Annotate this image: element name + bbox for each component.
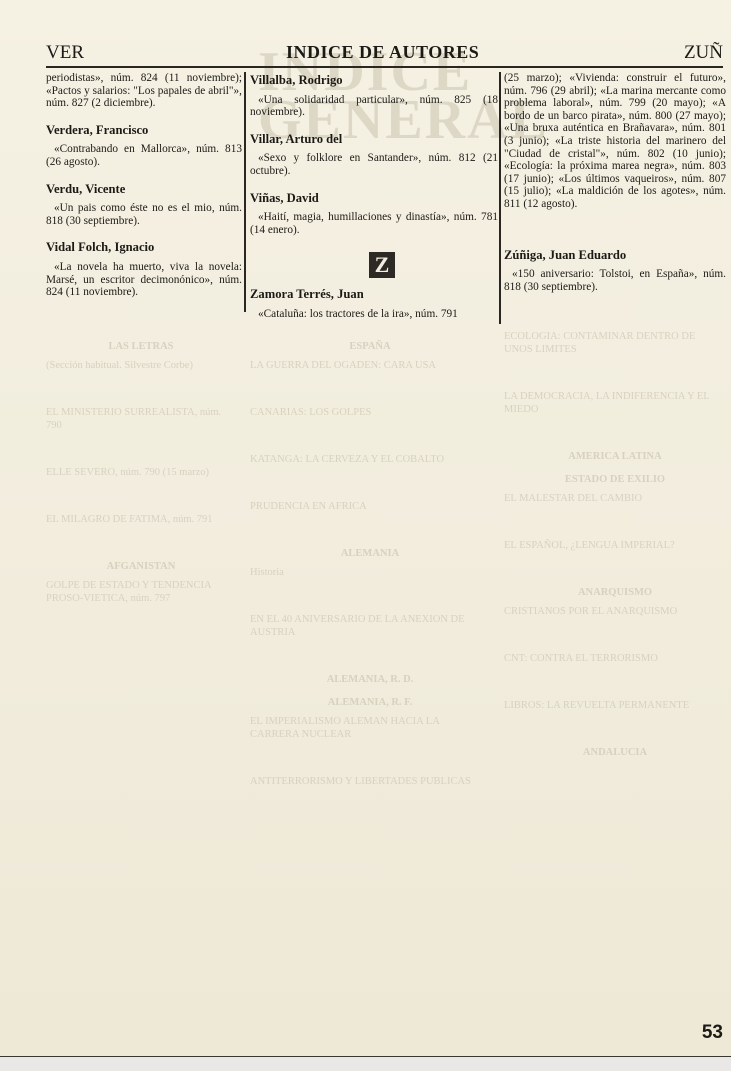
entry-text: «Contrabando en Mallorca», núm. 813 (26 … <box>46 143 242 168</box>
continuation-text: periodistas», núm. 824 (11 noviembre); «… <box>46 72 242 110</box>
column-divider <box>499 72 501 324</box>
author-name: Viñas, David <box>250 192 498 205</box>
author-name: Vidal Folch, Ignacio <box>46 241 242 254</box>
index-entry: Villalba, Rodrigo «Una solidaridad parti… <box>250 74 498 119</box>
footer-rule <box>0 1056 731 1057</box>
author-name: Villalba, Rodrigo <box>250 74 498 87</box>
index-entry: Villar, Arturo del «Sexo y folklore en S… <box>250 133 498 178</box>
entry-text: «Cataluña: los tractores de la ira», núm… <box>250 308 498 321</box>
section-letter-badge: Z <box>369 252 395 278</box>
entry-text: «Un pais como éste no es el mio, núm. 81… <box>46 202 242 227</box>
guide-word-left: VER <box>46 42 84 64</box>
continuation-text: (25 marzo); «Vivienda: construir el futu… <box>504 72 726 211</box>
index-entry: Viñas, David «Haití, magia, humillacione… <box>250 192 498 237</box>
page-title: INDICE DE AUTORES <box>286 42 479 63</box>
bleed-through-col2: ESPAÑALA GUERRA DEL OGADEN: CARA USACANA… <box>250 330 490 822</box>
page-number: 53 <box>702 1022 723 1044</box>
author-name: Zúñiga, Juan Eduardo <box>504 249 726 262</box>
bleed-through-col1: LAS LETRAS(Sección habitual. Silvestre C… <box>46 330 236 639</box>
entry-text: «Sexo y folklore en Santander», núm. 812… <box>250 152 498 177</box>
entry-text: «Haití, magia, humillaciones y dinastía»… <box>250 211 498 236</box>
column-2: Villalba, Rodrigo «Una solidaridad parti… <box>250 72 498 321</box>
author-name: Verdu, Vicente <box>46 183 242 196</box>
entry-text: «Una solidaridad particular», núm. 825 (… <box>250 94 498 119</box>
guide-word-right: ZUÑ <box>684 42 723 64</box>
page: INDICE GENERAL LAS LETRAS(Sección habitu… <box>0 0 731 1071</box>
running-header: VER INDICE DE AUTORES ZUÑ <box>46 40 723 66</box>
index-entry: Verdera, Francisco «Contrabando en Mallo… <box>46 124 242 169</box>
column-1: periodistas», núm. 824 (11 noviembre); «… <box>46 72 242 299</box>
author-name: Villar, Arturo del <box>250 133 498 146</box>
index-entry: Vidal Folch, Ignacio «La novela ha muert… <box>46 241 242 298</box>
scan-margin <box>0 1058 731 1071</box>
author-name: Verdera, Francisco <box>46 124 242 137</box>
entry-text: «La novela ha muerto, viva la novela: Ma… <box>46 261 242 299</box>
index-entry: Verdu, Vicente «Un pais como éste no es … <box>46 183 242 228</box>
column-divider <box>244 72 246 312</box>
index-entry: Zamora Terrés, Juan «Cataluña: los tract… <box>250 288 498 320</box>
index-entry: Zúñiga, Juan Eduardo «150 aniversario: T… <box>504 249 726 294</box>
bleed-through-col3: ECOLOGIA: CONTAMINAR DENTRO DE UNOS LIMI… <box>504 330 726 765</box>
author-name: Zamora Terrés, Juan <box>250 288 498 301</box>
column-3: (25 marzo); «Vivienda: construir el futu… <box>504 72 726 293</box>
header-rule <box>46 66 723 68</box>
entry-text: «150 aniversario: Tolstoi, en España», n… <box>504 268 726 293</box>
